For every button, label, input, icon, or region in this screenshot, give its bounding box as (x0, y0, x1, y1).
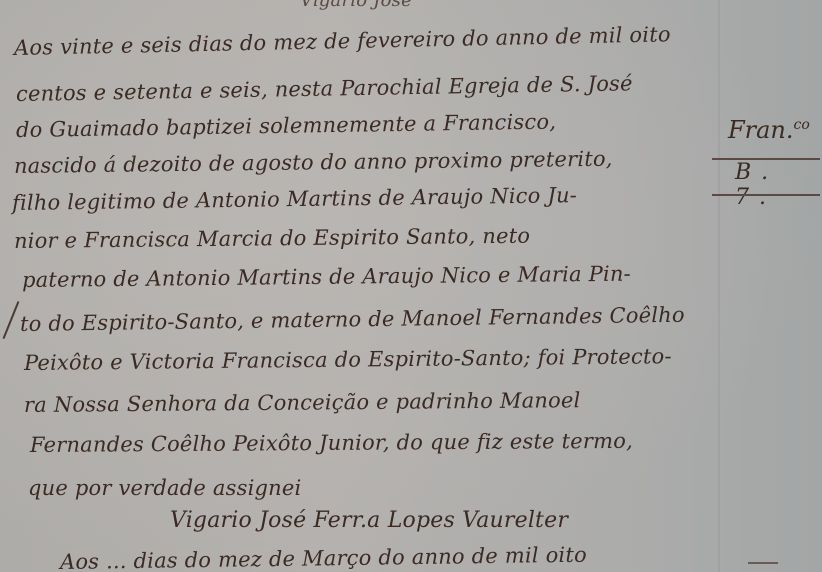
entry-line-10: ra Nossa Senhora da Conceição e padrinho… (24, 388, 581, 417)
margin-note-name-text: Fran. (728, 116, 794, 144)
entry-line-7: paterno de Antonio Martins de Araujo Nic… (22, 262, 631, 292)
entry-line-1: Aos vinte e seis dias do mez de fevereir… (14, 22, 671, 60)
next-entry-margin-mark (748, 562, 778, 564)
page-fold (718, 0, 720, 572)
next-entry-fragment: Aos ... dias do mez de Março do anno de … (60, 543, 587, 572)
entry-line-12: que por verdade assignei (28, 476, 301, 500)
margin-rule-bottom (712, 194, 820, 196)
entry-line-6: nior e Francisca Marcia do Espirito Sant… (14, 224, 530, 253)
priest-signature: Vigario José Ferr.a Lopes Vaurelter (170, 508, 568, 533)
header-fragment: Vigario José (300, 0, 412, 11)
entry-line-9: Peixôto e Victoria Francisca do Espirito… (24, 344, 672, 375)
entry-line-11: Fernandes Coêlho Peixôto Junior, do que … (30, 429, 633, 457)
entry-line-8: to do Espirito-Santo, e materno de Manoe… (20, 303, 685, 336)
entry-line-5: filho legitimo de Antonio Martins de Ara… (12, 183, 577, 215)
scanned-register-page: Vigario José Aos vinte e seis dias do me… (0, 0, 822, 572)
entry-line-4: nascido á dezoito de agosto do anno prox… (14, 147, 613, 178)
margin-note-name: Fran.co (728, 116, 810, 144)
margin-note-superscript: co (794, 117, 810, 133)
margin-note-code: B. 7. (735, 160, 822, 210)
margin-stroke (3, 301, 19, 339)
entry-line-3: do Guaimado baptizei solemnemente a Fran… (16, 110, 556, 142)
entry-line-2: centos e setenta e seis, nesta Parochial… (16, 71, 633, 106)
